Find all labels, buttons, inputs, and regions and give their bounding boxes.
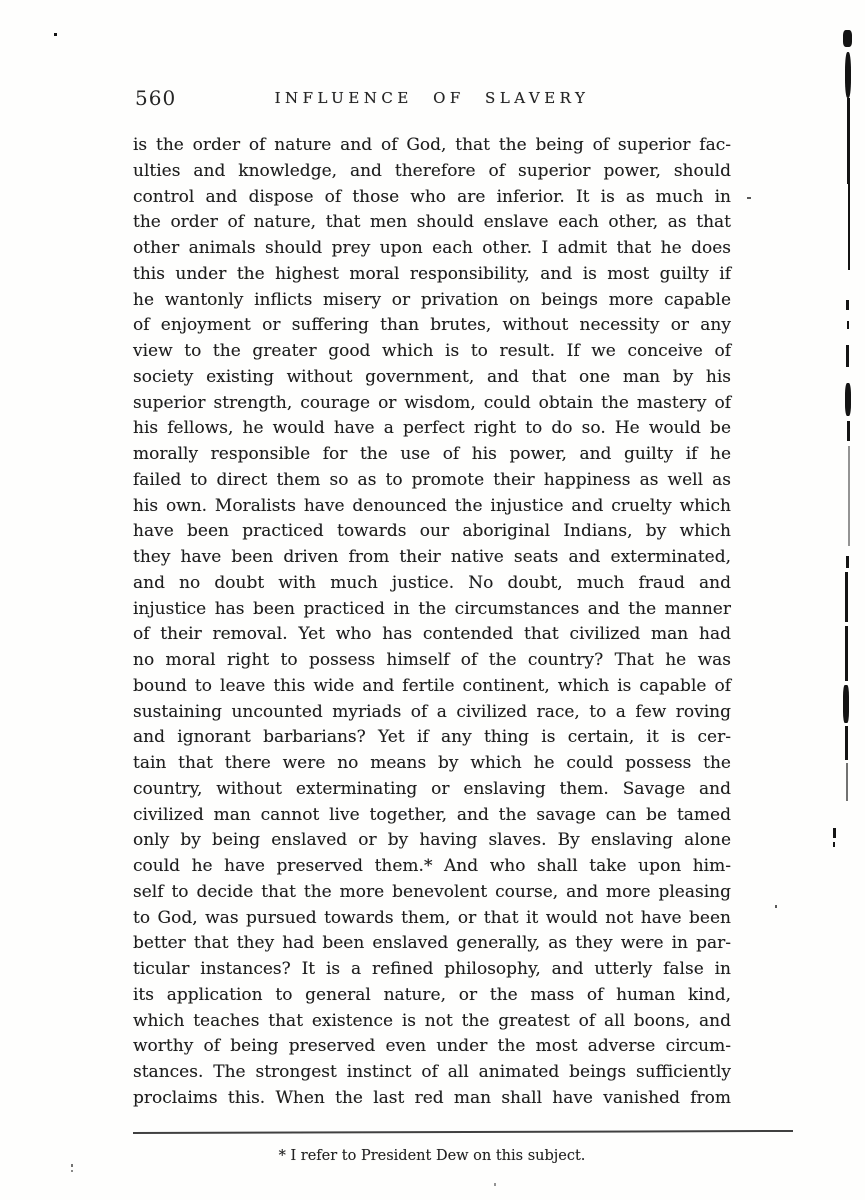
scan-artifact (846, 763, 848, 801)
text-line: control and dispose of those who are inf… (133, 185, 731, 211)
scan-artifact (846, 345, 849, 367)
text-line: which teaches that existence is not the … (133, 1009, 731, 1035)
text-line: to God, was pursued towards them, or tha… (133, 906, 731, 932)
page-header: 560 INFLUENCE OF SLAVERY (133, 86, 731, 114)
footnote-separator (133, 1130, 793, 1134)
scan-artifact (845, 572, 848, 622)
text-line: bound to leave this wide and fertile con… (133, 674, 731, 700)
scan-artifact (833, 828, 836, 838)
text-line: ulties and knowledge, and therefore of s… (133, 159, 731, 185)
scan-artifact (747, 197, 751, 199)
text-line: and ignorant barbarians? Yet if any thin… (133, 725, 731, 751)
text-line: sustaining uncounted myriads of a civili… (133, 700, 731, 726)
scan-artifact (54, 33, 57, 36)
text-line: of enjoyment or suffering than brutes, w… (133, 313, 731, 339)
text-line: tain that there were no means by which h… (133, 751, 731, 777)
scan-artifact (843, 30, 852, 47)
text-line: have been practiced towards our aborigin… (133, 519, 731, 545)
text-line: injustice has been practiced in the circ… (133, 597, 731, 623)
scan-artifact (775, 905, 777, 908)
book-page: 560 INFLUENCE OF SLAVERY is the order of… (0, 0, 865, 1200)
text-line: proclaims this. When the last red man sh… (133, 1086, 731, 1112)
text-line: view to the greater good which is to res… (133, 339, 731, 365)
text-line: civilized man cannot live together, and … (133, 803, 731, 829)
text-line: stances. The strongest instinct of all a… (133, 1060, 731, 1086)
footnote-text: * I refer to President Dew on this subje… (133, 1148, 731, 1164)
text-line: is the order of nature and of God, that … (133, 133, 731, 159)
text-line: the order of nature, that men should ens… (133, 210, 731, 236)
text-line: country, without exterminating or enslav… (133, 777, 731, 803)
text-line: self to decide that the more benevolent … (133, 880, 731, 906)
body-text: is the order of nature and of God, that … (133, 133, 731, 1112)
scan-artifact (71, 1164, 73, 1167)
scan-artifact (71, 1170, 73, 1172)
text-line: failed to direct them so as to promote t… (133, 468, 731, 494)
text-line: could he have preserved them.* And who s… (133, 854, 731, 880)
text-line: superior strength, courage or wisdom, co… (133, 391, 731, 417)
scan-artifact (847, 421, 850, 441)
text-line: only by being enslaved or by having slav… (133, 828, 731, 854)
scan-artifact (845, 626, 848, 681)
scan-artifact (846, 556, 849, 568)
text-line: his fellows, he would have a perfect rig… (133, 416, 731, 442)
scan-artifact (846, 300, 849, 310)
scan-artifact (494, 1183, 496, 1186)
text-line: his own. Moralists have denounced the in… (133, 494, 731, 520)
running-header-title: INFLUENCE OF SLAVERY (133, 89, 731, 107)
text-line: and no doubt with much justice. No doubt… (133, 571, 731, 597)
scan-artifact (847, 98, 850, 184)
text-line: this under the highest moral responsibil… (133, 262, 731, 288)
text-line: morally responsible for the use of his p… (133, 442, 731, 468)
text-line: other animals should prey upon each othe… (133, 236, 731, 262)
text-line: ticular instances? It is a refined philo… (133, 957, 731, 983)
text-line: society existing without government, and… (133, 365, 731, 391)
text-line: they have been driven from their native … (133, 545, 731, 571)
scan-artifact (845, 52, 851, 98)
scan-artifact (847, 321, 849, 329)
text-line: no moral right to possess himself of the… (133, 648, 731, 674)
text-line: worthy of being preserved even under the… (133, 1034, 731, 1060)
scan-artifact (833, 842, 835, 847)
text-line: of their removal. Yet who has contended … (133, 622, 731, 648)
text-line: better that they had been enslaved gener… (133, 931, 731, 957)
scan-artifact (845, 383, 851, 416)
text-line: its application to general nature, or th… (133, 983, 731, 1009)
text-line: he wantonly inflicts misery or privation… (133, 288, 731, 314)
scan-artifact (848, 446, 850, 546)
scan-artifact (845, 726, 848, 760)
scan-artifact (848, 184, 850, 270)
scan-artifact (843, 685, 849, 723)
